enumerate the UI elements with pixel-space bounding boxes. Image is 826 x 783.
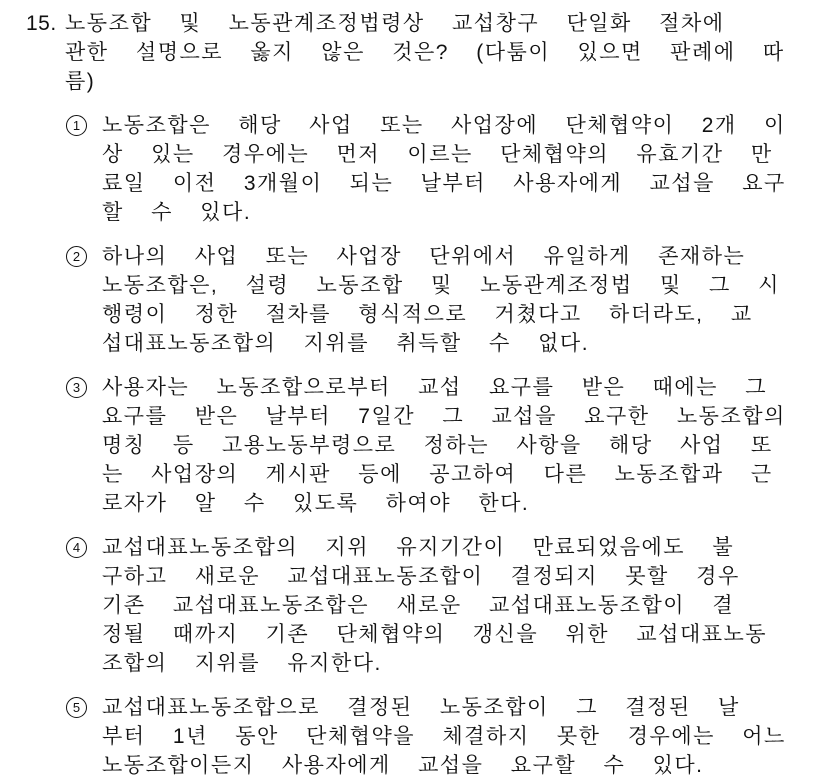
question-block: 15. 노동조합 및 노동관계조정법령상 교섭창구 단일화 절차에 관한 설명으…: [0, 9, 826, 96]
option-2-circled-number-icon: 2: [66, 246, 87, 267]
option-line: 사용자는 노동조합으로부터 교섭 요구를 받은 때에는 그: [102, 373, 826, 402]
option-line: 교섭대표노동조합으로 결정된 노동조합이 그 결정된 날: [102, 693, 826, 722]
option-line: 기존 교섭대표노동조합은 새로운 교섭대표노동조합이 결: [102, 591, 826, 620]
option-2: 2 하나의 사업 또는 사업장 단위에서 유일하게 존재하는 노동조합은, 설령…: [0, 242, 826, 358]
option-line: 교섭대표노동조합의 지위 유지기간이 만료되었음에도 불: [102, 533, 826, 562]
option-5: 5 교섭대표노동조합으로 결정된 노동조합이 그 결정된 날 부터 1년 동안 …: [0, 693, 826, 780]
option-line: 요구를 받은 날부터 7일간 그 교섭을 요구한 노동조합의: [102, 402, 826, 431]
option-line: 행령이 정한 절차를 형식적으로 거쳤다고 하더라도, 교: [102, 300, 826, 329]
option-line: 노동조합은 해당 사업 또는 사업장에 단체협약이 2개 이: [102, 111, 826, 140]
option-line: 부터 1년 동안 단체협약을 체결하지 못한 경우에는 어느: [102, 722, 826, 751]
option-3-circled-number-icon: 3: [66, 377, 87, 398]
option-line: 하나의 사업 또는 사업장 단위에서 유일하게 존재하는: [102, 242, 826, 271]
option-line: 료일 이전 3개월이 되는 날부터 사용자에게 교섭을 요구: [102, 169, 826, 198]
option-4: 4 교섭대표노동조합의 지위 유지기간이 만료되었음에도 불 구하고 새로운 교…: [0, 533, 826, 678]
option-line: 노동조합이든지 사용자에게 교섭을 요구할 수 있다.: [102, 751, 826, 780]
option-5-circled-number-icon: 5: [66, 697, 87, 718]
option-line: 할 수 있다.: [102, 198, 826, 227]
option-line: 명칭 등 고용노동부령으로 정하는 사항을 해당 사업 또: [102, 431, 826, 460]
option-1-circled-number-icon: 1: [66, 115, 87, 136]
option-line: 노동조합은, 설령 노동조합 및 노동관계조정법 및 그 시: [102, 271, 826, 300]
option-line: 는 사업장의 게시판 등에 공고하여 다른 노동조합과 근: [102, 460, 826, 489]
option-line: 로자가 알 수 있도록 하여야 한다.: [102, 489, 826, 518]
option-line: 섭대표노동조합의 지위를 취득할 수 없다.: [102, 329, 826, 358]
option-line: 정될 때까지 기존 단체협약의 갱신을 위한 교섭대표노동: [102, 620, 826, 649]
option-3: 3 사용자는 노동조합으로부터 교섭 요구를 받은 때에는 그 요구를 받은 날…: [0, 373, 826, 518]
question-line: 관한 설명으로 옳지 않은 것은? (다툼이 있으면 판례에 따: [65, 38, 826, 67]
question-line: 노동조합 및 노동관계조정법령상 교섭창구 단일화 절차에: [65, 9, 826, 38]
option-4-circled-number-icon: 4: [66, 537, 87, 558]
option-line: 상 있는 경우에는 먼저 이르는 단체협약의 유효기간 만: [102, 140, 826, 169]
question-number: 15.: [26, 9, 57, 38]
option-line: 구하고 새로운 교섭대표노동조합이 결정되지 못할 경우: [102, 562, 826, 591]
option-line: 조합의 지위를 유지한다.: [102, 649, 826, 678]
option-1: 1 노동조합은 해당 사업 또는 사업장에 단체협약이 2개 이 상 있는 경우…: [0, 111, 826, 227]
question-line: 름): [65, 67, 826, 96]
